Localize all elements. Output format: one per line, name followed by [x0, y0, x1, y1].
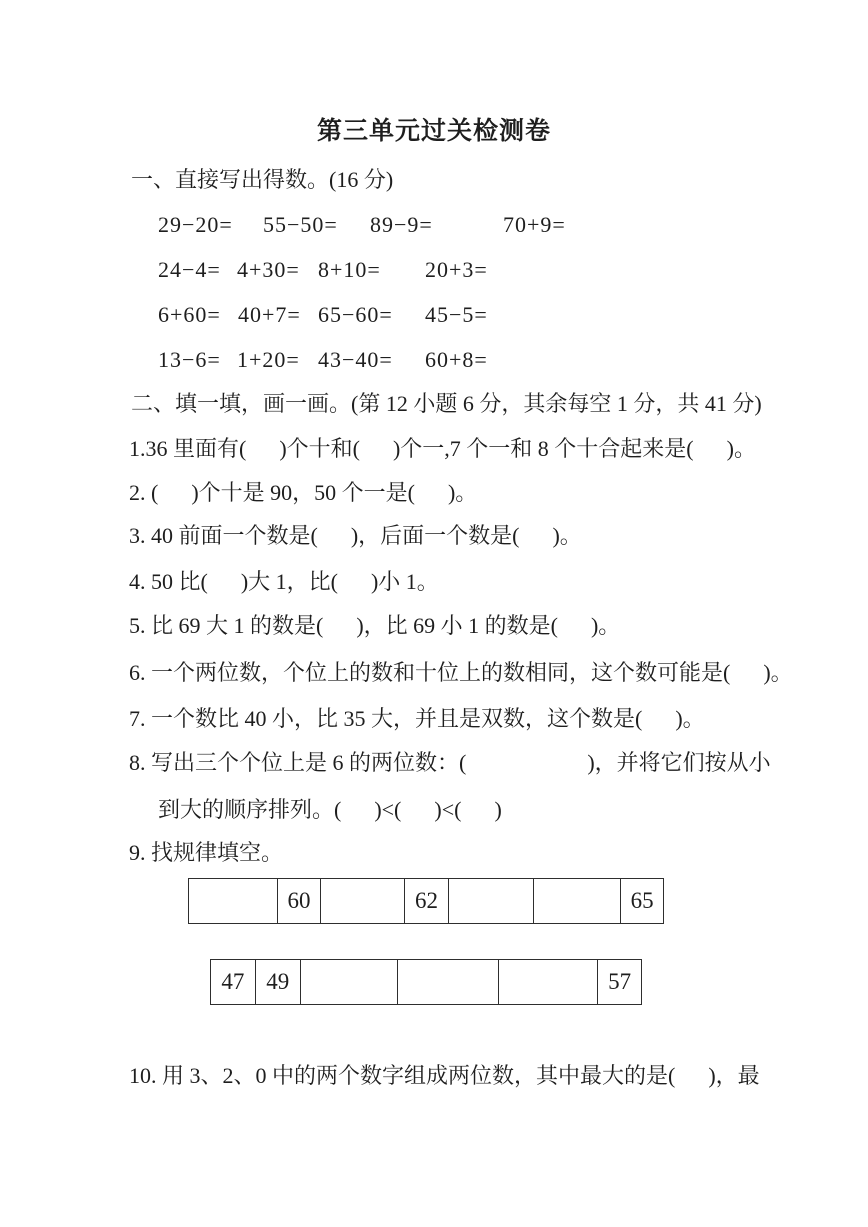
equation: 45−5= [425, 301, 488, 328]
equation: 43−40= [318, 346, 393, 373]
table-cell-blank [300, 960, 398, 1004]
table-cell-value: 62 [404, 879, 448, 923]
worksheet-page: 第三单元过关检测卷 一、直接写出得数。(16 分) 29−20= 55−50= … [0, 0, 868, 1227]
question-5: 5. 比 69 大 1 的数是( )，比 69 小 1 的数是( )。 [129, 612, 620, 639]
equation: 20+3= [425, 256, 488, 283]
equation: 55−50= [263, 211, 338, 238]
equation: 70+9= [503, 211, 566, 238]
number-sequence-table-2: 47 49 57 [210, 959, 642, 1005]
table-cell-value: 49 [255, 960, 300, 1004]
table-cell-blank [498, 960, 598, 1004]
question-10: 10. 用 3、2、0 中的两个数字组成两位数，其中最大的是( )，最 [129, 1062, 760, 1089]
question-1: 1.36 里面有( )个十和( )个一,7 个一和 8 个十合起来是( )。 [129, 435, 756, 462]
equation: 8+10= [318, 256, 381, 283]
table-cell-blank [320, 879, 404, 923]
question-7: 7. 一个数比 40 小，比 35 大，并且是双数，这个数是( )。 [129, 705, 705, 732]
question-3: 3. 40 前面一个数是( )，后面一个数是( )。 [129, 522, 582, 549]
question-9: 9. 找规律填空。 [129, 839, 283, 866]
page-title: 第三单元过关检测卷 [0, 111, 868, 147]
equation: 24−4= [158, 256, 221, 283]
question-2: 2. ( )个十是 90，50 个一是( )。 [129, 479, 477, 506]
equation: 29−20= [158, 211, 233, 238]
table-cell-blank [448, 879, 533, 923]
section-2-heading: 二、填一填，画一画。(第 12 小题 6 分，其余每空 1 分，共 41 分) [131, 390, 762, 417]
equation: 4+30= [237, 256, 300, 283]
question-8-line-1: 8. 写出三个个位上是 6 的两位数：( )，并将它们按从小 [129, 749, 771, 776]
equation: 40+7= [238, 301, 301, 328]
table-cell-value: 60 [277, 879, 321, 923]
equation: 60+8= [425, 346, 488, 373]
table-cell-value: 57 [597, 960, 641, 1004]
number-sequence-table-1: 60 62 65 [188, 878, 664, 924]
table-cell-blank [533, 879, 621, 923]
section-1-heading: 一、直接写出得数。(16 分) [131, 166, 393, 193]
equation: 6+60= [158, 301, 221, 328]
question-4: 4. 50 比( )大 1，比( )小 1。 [129, 568, 439, 595]
equation: 1+20= [237, 346, 300, 373]
equation: 89−9= [370, 211, 433, 238]
question-8-line-2: 到大的顺序排列。( )<( )<( ) [158, 796, 502, 823]
equation: 65−60= [318, 301, 393, 328]
table-cell-value: 47 [211, 960, 255, 1004]
table-cell-blank [397, 960, 498, 1004]
table-cell-value: 65 [620, 879, 663, 923]
equation: 13−6= [158, 346, 221, 373]
question-6: 6. 一个两位数，个位上的数和十位上的数相同，这个数可能是( )。 [129, 659, 793, 686]
table-cell-blank [189, 879, 277, 923]
